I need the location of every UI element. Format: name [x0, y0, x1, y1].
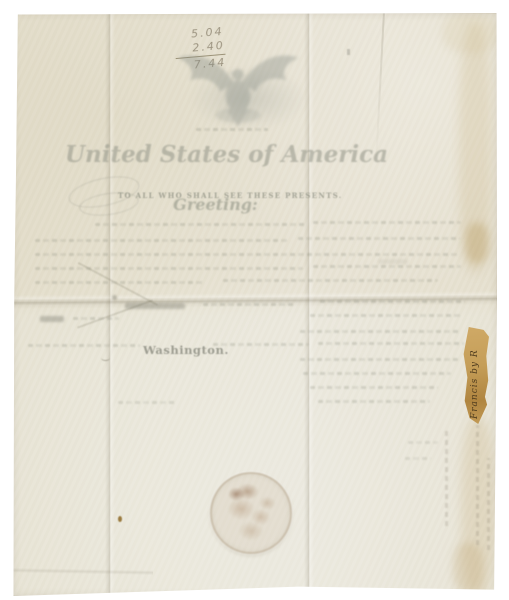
faint-vertical-writing — [476, 425, 479, 545]
stain-right-spot — [465, 223, 489, 263]
showthrough-title-text: United States of America — [65, 141, 388, 168]
eagle-icon — [172, 43, 304, 129]
faint-script-line — [223, 279, 438, 282]
fold-vertical-short — [375, 13, 385, 163]
ink-speck — [347, 49, 350, 55]
engraving-smudge — [190, 68, 308, 130]
fold-vertical-right — [304, 13, 314, 596]
faint-script-line — [213, 343, 309, 346]
pencil-sum: 5.04 2.40 7.44 — [171, 25, 227, 74]
presents-line-text: TO ALL WHO SHALL SEE THESE PRESENTS. — [118, 191, 342, 200]
stain-top-right-corner — [443, 13, 497, 53]
greeting-text: Greeting: — [173, 195, 258, 214]
faint-script-line — [95, 223, 305, 226]
stain-right-top — [459, 23, 491, 273]
faint-script-line — [318, 342, 464, 345]
presents-line: TO ALL WHO SHALL SEE THESE PRESENTS. — [118, 183, 303, 202]
faint-script-line — [35, 239, 287, 242]
crease-line — [77, 299, 153, 328]
faint-script-line — [300, 358, 458, 361]
flourish-swirl — [78, 189, 140, 219]
crease-knot — [112, 295, 117, 300]
crease-line — [78, 262, 158, 306]
faint-script-line — [320, 300, 465, 303]
fold-vertical-left — [105, 13, 115, 596]
bold-showthrough-band — [378, 259, 408, 264]
sum-rule — [176, 54, 226, 59]
faint-pencil-mark — [405, 457, 431, 460]
bold-showthrough-band — [125, 303, 185, 309]
faint-signature-swirl — [118, 401, 176, 404]
faint-script-line — [73, 317, 119, 320]
sum-addend-1: 5.04 — [171, 25, 224, 43]
fold-horizontal-center — [13, 291, 497, 309]
flourish-swirl — [66, 171, 142, 213]
faint-script-line — [303, 372, 451, 375]
faint-vertical-writing — [445, 431, 448, 526]
faint-script-line — [313, 265, 461, 268]
greeting-line: Greeting: — [173, 195, 258, 214]
faint-script-line — [196, 128, 268, 131]
faint-script-line — [298, 237, 460, 240]
photo-background: 5.04 2.40 7.44 United States of Ame — [0, 0, 509, 600]
stain-bottom-corner — [453, 543, 483, 593]
docket-strip-text: Francis by R — [470, 333, 480, 419]
faint-script-line — [310, 314, 462, 317]
faint-script-line — [203, 303, 295, 306]
pencil-mark — [101, 355, 110, 361]
faint-pencil-mark — [408, 441, 438, 444]
seal-impression — [210, 472, 292, 554]
faint-script-line — [35, 267, 303, 270]
showthrough-title: United States of America — [65, 141, 315, 197]
faint-script-line — [28, 344, 140, 347]
brown-speck — [118, 516, 122, 522]
docket-strip: Francis by R — [462, 327, 489, 424]
faint-script-line — [318, 400, 430, 403]
sum-total: 7.44 — [174, 56, 227, 74]
fold-horizontal-bottom — [13, 568, 153, 575]
faint-script-line — [310, 386, 438, 389]
document-verso: 5.04 2.40 7.44 United States of Ame — [13, 13, 497, 596]
washington-line: Washington. — [143, 339, 223, 358]
faint-script-line — [35, 281, 205, 284]
sum-addend-2: 2.40 — [172, 39, 225, 57]
faint-script-line — [313, 221, 461, 224]
faint-script-line — [35, 253, 460, 256]
stain-right-bottom — [461, 418, 495, 598]
faint-script-line — [300, 330, 460, 333]
washington-text: Washington. — [143, 343, 229, 357]
faint-vertical-writing — [487, 458, 490, 550]
bold-showthrough-band — [40, 316, 64, 322]
